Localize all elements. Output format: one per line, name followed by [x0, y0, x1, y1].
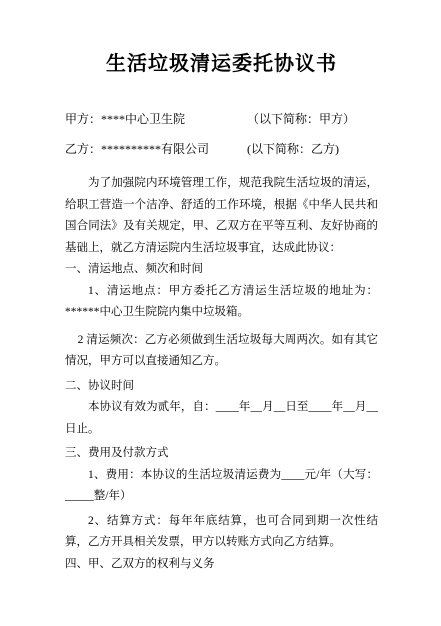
party-a-alias: （以下简称：甲方）: [247, 113, 355, 126]
party-a-name: 甲方：****中心卫生院: [65, 113, 247, 126]
party-b-name: 乙方：**********有限公司: [65, 143, 247, 156]
section-1-heading: 一、清运地点、频次和时间: [65, 259, 378, 281]
section-2-heading: 二、协议时间: [65, 376, 378, 398]
section-4-heading: 四、甲、乙双方的权利与义务: [65, 554, 378, 576]
document-body: 为了加强院内环境管理工作，规范我院生活垃圾的清运，给职工营造一个洁净、舒适的工作…: [65, 173, 378, 575]
party-a-line: 甲方：****中心卫生院（以下简称：甲方）: [65, 113, 378, 126]
section-1-clause-2: 2 清运频次：乙方必须做到生活垃圾每大周两次。如有其它情况，甲方可以直接通知乙方…: [65, 330, 378, 373]
preamble-paragraph: 为了加强院内环境管理工作，规范我院生活垃圾的清运，给职工营造一个洁净、舒适的工作…: [65, 173, 378, 259]
document-title: 生活垃圾清运委托协议书: [65, 52, 378, 76]
party-b-line: 乙方：**********有限公司(以下简称：乙方): [65, 143, 378, 156]
section-1-clause-1: 1、清运地点：甲方委托乙方清运生活垃圾的地址为：******中心卫生院院内集中垃…: [65, 281, 378, 324]
section-3-clause-2: 2、结算方式：每年年底结算，也可合同到期一次性结算，乙方开具相关发票，甲方以转账…: [65, 511, 378, 554]
section-2-clause-1: 本协议有效为贰年，自：____年__月__日至____年__月__日止。: [65, 397, 378, 440]
section-3-heading: 三、费用及付款方式: [65, 443, 378, 465]
party-b-alias: (以下简称：乙方): [247, 143, 339, 156]
section-3-clause-1: 1、费用：本协议的生活垃圾清运费为____元/年（大写：_____整/年）: [65, 465, 378, 508]
document-page: 生活垃圾清运委托协议书 甲方：****中心卫生院（以下简称：甲方） 乙方：***…: [0, 0, 441, 626]
